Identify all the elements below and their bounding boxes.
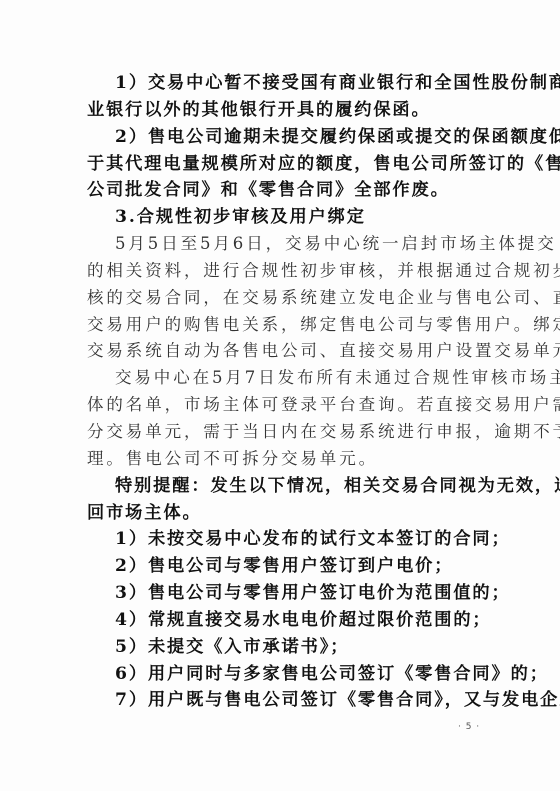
paragraph-2-line-2: 体的名单，市场主体可登录平台查询。若直接交易用户需拆 [87, 392, 474, 419]
invalid-item-2: 2）售电公司与零售用户签订到户电价； [87, 553, 474, 580]
invalid-item-4: 4）常规直接交易水电电价超过限价范围的； [87, 607, 474, 634]
paragraph-1-line-2: 的相关资料，进行合规性初步审核，并根据通过合规初步审 [87, 258, 474, 285]
section-heading: 3.合规性初步审核及用户绑定 [87, 204, 474, 231]
clause-2-line-2: 于其代理电量规模所对应的额度，售电公司所签订的《售电 [87, 151, 474, 178]
invalid-item-7: 7）用户既与售电公司签订《零售合同》，又与发电企业 [87, 687, 474, 714]
clause-2-line-1: 2）售电公司逾期未提交履约保函或提交的保函额度低 [87, 124, 474, 151]
paragraph-1-line-3: 核的交易合同，在交易系统建立发电企业与售电公司、直接 [87, 285, 474, 312]
paragraph-1-line-4: 交易用户的购售电关系，绑定售电公司与零售用户。绑定后 [87, 312, 474, 339]
clause-1-line-1: 1）交易中心暂不接受国有商业银行和全国性股份制商 [87, 70, 474, 97]
paragraph-2-line-3: 分交易单元，需于当日内在交易系统进行申报，逾期不予办 [87, 419, 474, 446]
clause-2-line-3: 公司批发合同》和《零售合同》全部作废。 [87, 177, 474, 204]
paragraph-1-line-5: 交易系统自动为各售电公司、直接交易用户设置交易单元。 [87, 338, 474, 365]
notice-line-2: 回市场主体。 [87, 500, 474, 527]
invalid-item-1: 1）未按交易中心发布的试行文本签订的合同； [87, 526, 474, 553]
document-page: 1）交易中心暂不接受国有商业银行和全国性股份制商 业银行以外的其他银行开具的履约… [0, 0, 560, 791]
invalid-item-3: 3）售电公司与零售用户签订电价为范围值的； [87, 580, 474, 607]
page-number: · 5 · [458, 722, 480, 732]
paragraph-2-line-1: 交易中心在5月7日发布所有未通过合规性审核市场主 [87, 365, 474, 392]
paragraph-2-line-4: 理。售电公司不可拆分交易单元。 [87, 446, 474, 473]
document-body: 1）交易中心暂不接受国有商业银行和全国性股份制商 业银行以外的其他银行开具的履约… [87, 70, 474, 714]
notice-line-1: 特别提醒：发生以下情况，相关交易合同视为无效，退 [87, 473, 474, 500]
clause-1-line-2: 业银行以外的其他银行开具的履约保函。 [87, 97, 474, 124]
invalid-item-5: 5）未提交《入市承诺书》； [87, 634, 474, 661]
paragraph-1-line-1: 5月5日至5月6日，交易中心统一启封市场主体提交 [87, 231, 474, 258]
invalid-item-6: 6）用户同时与多家售电公司签订《零售合同》的； [87, 661, 474, 688]
